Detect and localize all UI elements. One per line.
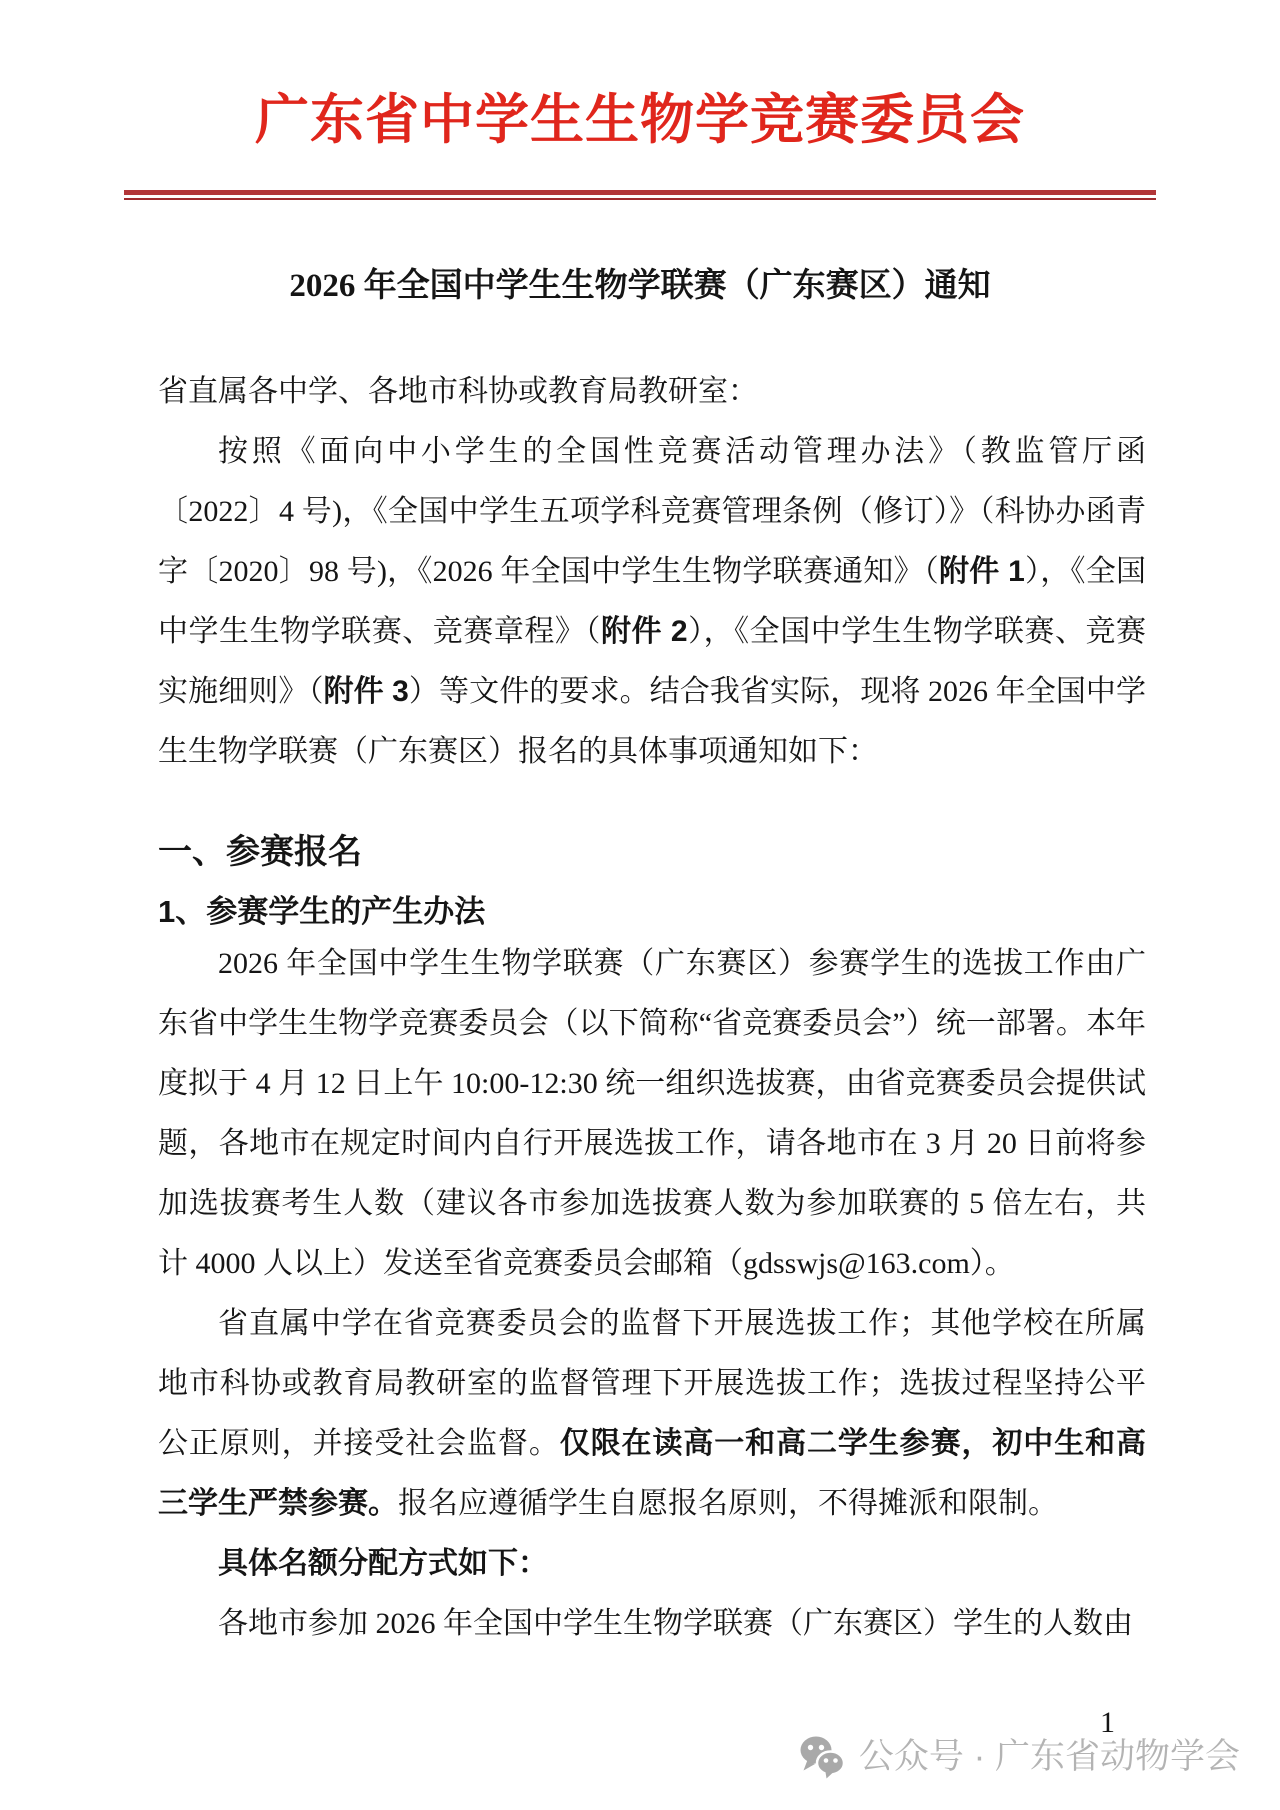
document-page: 广东省中学生生物学竞赛委员会 2026 年全国中学生生物学联赛（广东赛区）通知 … xyxy=(0,0,1280,1810)
body-text: 报名应遵循学生自愿报名原则，不得摊派和限制。 xyxy=(398,1487,1058,1520)
paragraph: 具体名额分配方式如下： xyxy=(158,1534,1146,1594)
paragraph: 省直属中学在省竞赛委员会的监督下开展选拔工作；其他学校在所属地市科协或教育局教研… xyxy=(158,1294,1146,1534)
wechat-watermark: 公众号 · 广东省动物学会 xyxy=(799,1734,1240,1780)
document-title: 2026 年全国中学生生物学联赛（广东赛区）通知 xyxy=(0,266,1280,306)
paragraph: 按照《面向中小学生的全国性竞赛活动管理办法》（教监管厅函〔2022〕4 号)，《… xyxy=(158,422,1146,782)
paragraph: 各地市参加 2026 年全国中学生生物学联赛（广东赛区）学生的人数由 xyxy=(158,1594,1146,1654)
emphasis-text: 附件 2 xyxy=(601,615,688,648)
emphasis-text: 具体名额分配方式如下： xyxy=(218,1547,548,1580)
paragraph: 省直属各中学、各地市科协或教育局教研室： xyxy=(158,362,1146,422)
emphasis-text: 附件 3 xyxy=(324,675,409,708)
watermark-text: 公众号 · 广东省动物学会 xyxy=(859,1734,1240,1780)
document-body: 省直属各中学、各地市科协或教育局教研室：按照《面向中小学生的全国性竞赛活动管理办… xyxy=(158,362,1146,1654)
section-heading: 一、参赛报名 xyxy=(158,828,1146,876)
organization-title: 广东省中学生生物学竞赛委员会 xyxy=(0,0,1280,152)
wechat-icon xyxy=(799,1735,845,1779)
header-double-rule xyxy=(124,190,1156,200)
subsection-heading: 1、参赛学生的产生办法 xyxy=(158,890,1146,934)
paragraph: 2026 年全国中学生生物学联赛（广东赛区）参赛学生的选拔工作由广东省中学生生物… xyxy=(158,934,1146,1294)
body-text: 2026 年全国中学生生物学联赛（广东赛区）参赛学生的选拔工作由广东省中学生生物… xyxy=(158,947,1146,1280)
emphasis-text: 附件 1 xyxy=(939,555,1025,588)
body-text: 各地市参加 2026 年全国中学生生物学联赛（广东赛区）学生的人数由 xyxy=(218,1607,1133,1640)
body-text: 省直属各中学、各地市科协或教育局教研室： xyxy=(158,375,758,408)
